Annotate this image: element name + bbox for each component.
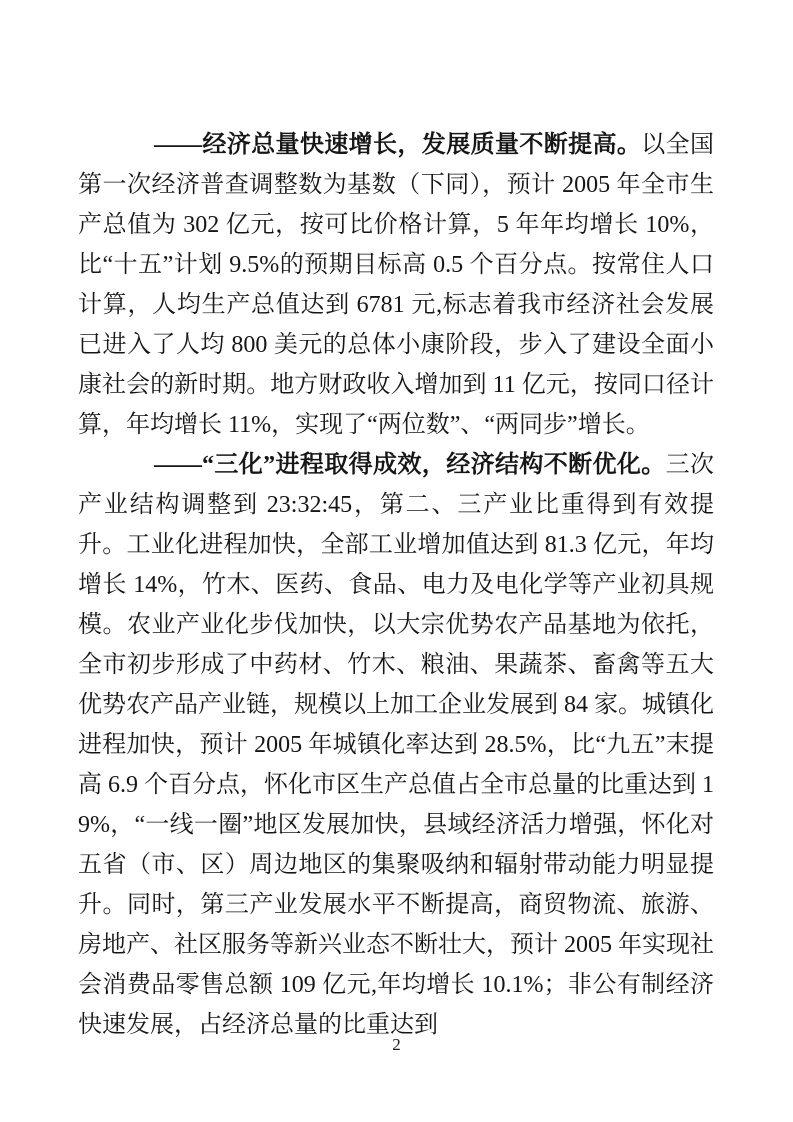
paragraph-text-economic-growth: 以全国第一次经济普查调整数为基数（下同），预计 2005 年全市生产总值为 30…	[78, 132, 714, 438]
paragraph-three-transformations: ——“三化”进程取得成效，经济结构不断优化。三次产业结构调整到 23:32:45…	[78, 445, 714, 1045]
paragraph-economic-growth: ——经济总量快速增长，发展质量不断提高。以全国第一次经济普查调整数为基数（下同）…	[78, 125, 714, 445]
document-body: ——经济总量快速增长，发展质量不断提高。以全国第一次经济普查调整数为基数（下同）…	[78, 125, 714, 1045]
paragraph-lead-economic-growth: ——经济总量快速增长，发展质量不断提高。	[154, 132, 641, 158]
paragraph-text-three-transformations: 三次产业结构调整到 23:32:45，第二、三产业比重得到有效提升。工业化进程加…	[78, 452, 714, 1038]
paragraph-lead-three-transformations: ——“三化”进程取得成效，经济结构不断优化。	[154, 452, 666, 478]
document-page: ——经济总量快速增长，发展质量不断提高。以全国第一次经济普查调整数为基数（下同）…	[0, 0, 793, 1122]
page-number: 2	[0, 1034, 793, 1056]
